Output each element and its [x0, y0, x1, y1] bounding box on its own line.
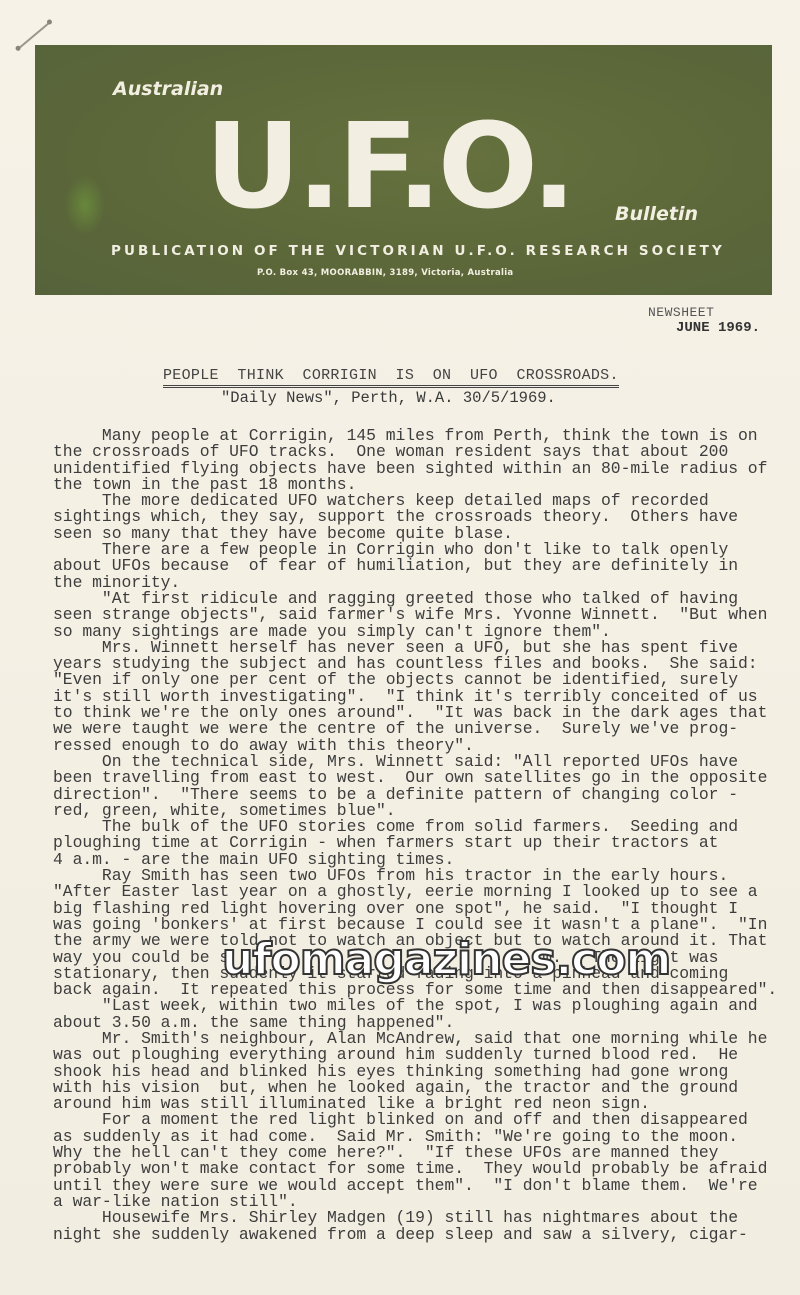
text-line: night she suddenly awakened from a deep …: [53, 1227, 793, 1243]
publisher-address: P.O. Box 43, MOORABBIN, 3189, Victoria, …: [257, 268, 513, 278]
masthead-title: U.F.O.: [205, 107, 572, 225]
watermark: ufomagazines.com: [222, 938, 670, 982]
masthead-post-title: Bulletin: [615, 203, 698, 225]
issue-date: JUNE 1969.: [676, 320, 760, 336]
article-body: Many people at Corrigin, 145 miles from …: [53, 428, 793, 1243]
publisher-line: PUBLICATION OF THE VICTORIAN U.F.O. RESE…: [111, 243, 725, 259]
article-title: PEOPLE THINK CORRIGIN IS ON UFO CROSSROA…: [163, 367, 619, 388]
article-text: Many people at Corrigin, 145 miles from …: [53, 428, 793, 1243]
article-source: "Daily News", Perth, W.A. 30/5/1969.: [221, 389, 556, 407]
issue-type: NEWSHEET: [648, 305, 714, 320]
masthead-banner: Australian U.F.O. Bulletin PUBLICATION O…: [35, 45, 772, 295]
ink-blotch: [65, 175, 105, 235]
